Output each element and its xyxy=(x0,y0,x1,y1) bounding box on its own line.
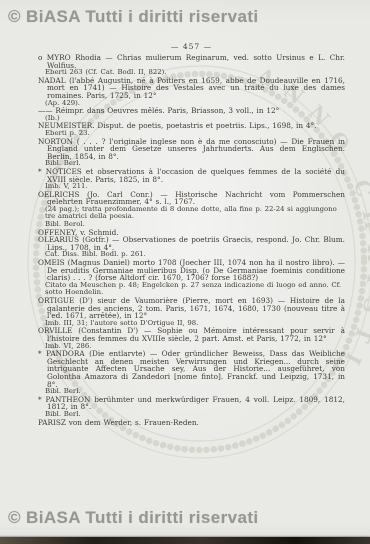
bibliography-entries: o MYRO Rhodia — Chrias mulierum Reginaru… xyxy=(38,54,345,426)
bibliography-entry: o MYRO Rhodia — Chrias mulierum Reginaru… xyxy=(38,54,345,69)
bibliography-entry: NADAL (l'abbé Augustin, né à Poitiers en… xyxy=(38,77,345,100)
reference-line: (24 pag.); tratta profondamente di 8 don… xyxy=(38,206,345,221)
bibliography-entry: ORVILLE (Constantin D') — Sophie ou Mémo… xyxy=(38,327,345,342)
bibliography-entry: * PANTHEON berühmter und merkwürdiger Fr… xyxy=(38,396,345,411)
bibliography-entry: * PANDORA (Die entlarvte) — Oder gründli… xyxy=(38,350,345,388)
bibliography-entry: OELRICHS (Jo. Carl Conr.) — Historische … xyxy=(38,191,345,206)
book-edge xyxy=(0,537,370,544)
reference-line: Citato da Meuschen p. 48; Engelcken p. 2… xyxy=(38,282,345,297)
bibliography-entry: * NOTICES et observations à l'occasion d… xyxy=(38,168,345,183)
bibliography-entry: OMEIS (Magnus Daniel) morto 1708 (Joeche… xyxy=(38,259,345,282)
copyright-watermark-bottom: © BiASA Tutti i diritti riservati xyxy=(8,508,362,528)
text-column: — 457 — o MYRO Rhodia — Chrias mulierum … xyxy=(38,42,345,426)
bibliography-entry: ORTIGUE (D') sieur de Vaumorière (Pierre… xyxy=(38,297,345,320)
bibliography-entry: OLEARIUS (Gotfr.) — Observationes de poe… xyxy=(38,236,345,251)
scanned-page: © BiASA Tutti i diritti riservati ANNO C… xyxy=(0,0,370,544)
bibliography-entry: PARISZ von dem Werder, s. Frauen-Reden. xyxy=(38,419,345,427)
bibliography-entry: NORTON ( . . . ? l'originale inglese non… xyxy=(38,138,345,161)
copyright-watermark-top: © BiASA Tutti i diritti riservati xyxy=(8,7,362,27)
page-number: — 457 — xyxy=(38,42,345,51)
bibliography-entry: —— Réimpr. dans Oeuvres mêlés. Paris, Br… xyxy=(38,107,345,115)
